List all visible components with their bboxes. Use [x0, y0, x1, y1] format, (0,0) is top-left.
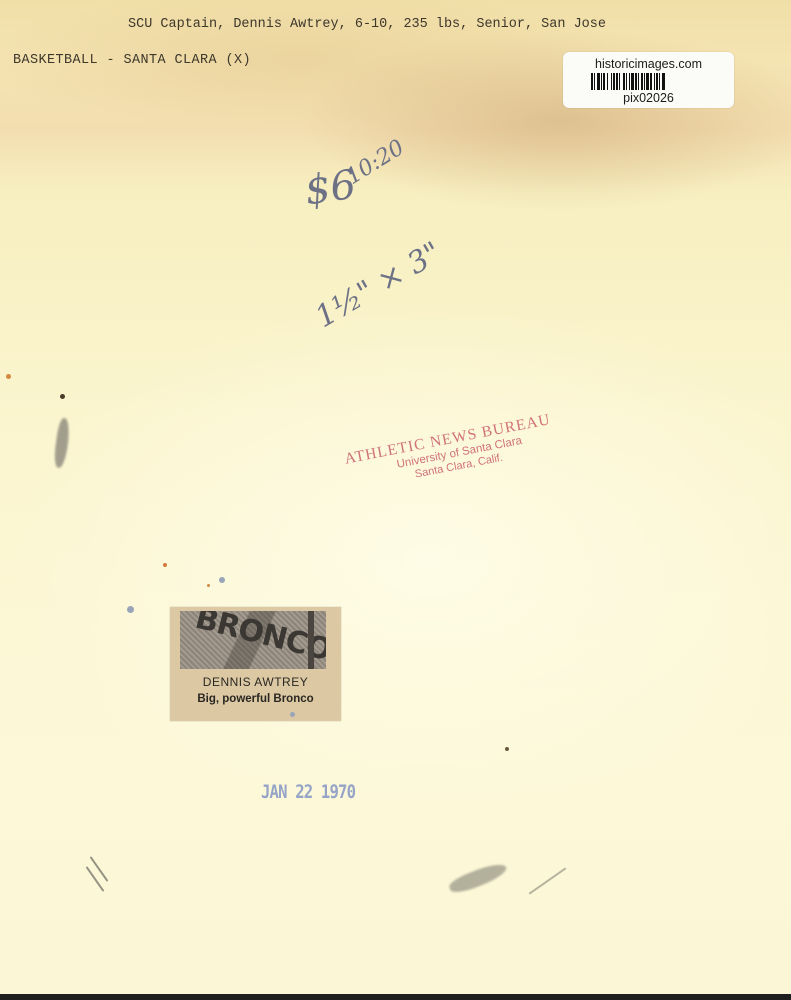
scuff-streak — [528, 867, 566, 894]
jersey-lettering: BRONCO — [192, 611, 326, 668]
news-bureau-stamp: ATHLETIC NEWS BUREAU University of Santa… — [338, 410, 569, 531]
photo-stripe — [308, 611, 314, 669]
label-site: historicimages.com — [563, 57, 734, 71]
typed-subject: BASKETBALL - SANTA CLARA (X) — [13, 53, 251, 68]
stain-dot — [60, 394, 65, 399]
clipping-photo: BRONCO — [180, 611, 326, 669]
photo-back-sheet: SCU Captain, Dennis Awtrey, 6-10, 235 lb… — [0, 0, 791, 994]
handwritten-time: 10:20 — [342, 135, 409, 190]
scuff-mark — [447, 859, 509, 896]
clipping-caption: Big, powerful Bronco — [170, 693, 341, 705]
label-code: pix02026 — [563, 91, 734, 105]
stain-dot — [219, 577, 225, 583]
date-stamp: JAN 22 1970 — [261, 781, 355, 803]
scuff-mark — [53, 417, 72, 468]
clipping-name: DENNIS AWTREY — [170, 675, 341, 689]
stain-dot — [207, 584, 210, 587]
newspaper-clipping: BRONCO DENNIS AWTREY Big, powerful Bronc… — [170, 607, 341, 721]
stain-dot — [127, 606, 134, 613]
stain-dot — [6, 374, 11, 379]
barcode-icon — [591, 73, 707, 90]
typed-caption: SCU Captain, Dennis Awtrey, 6-10, 235 lb… — [128, 17, 606, 32]
stain-dot — [290, 712, 295, 717]
inventory-label: historicimages.com pix02026 — [563, 52, 734, 108]
stain-dot — [163, 563, 167, 567]
stain-dot — [505, 747, 509, 751]
handwritten-size: 1½" × 3" — [310, 235, 448, 335]
